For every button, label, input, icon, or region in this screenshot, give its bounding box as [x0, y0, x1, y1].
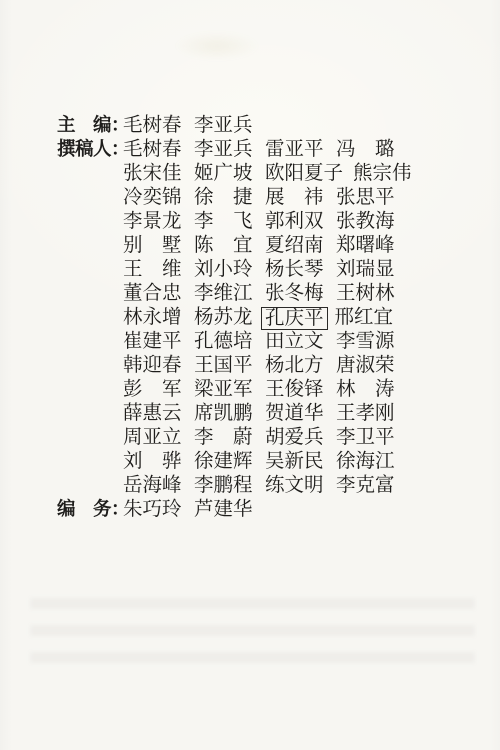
person-name: 冷奕锦: [123, 186, 184, 210]
person-name: 田立文: [265, 330, 326, 354]
person-name: 李亚兵: [194, 114, 255, 138]
person-name: 李 飞: [194, 210, 255, 234]
role-label-editorial-staff: 编 务：: [57, 498, 123, 522]
person-name: 展 祎: [265, 186, 326, 210]
role-label-contributors: 撰稿人：: [57, 138, 123, 162]
person-name: 张教海: [336, 210, 397, 234]
credits-list: 主 编：毛树春李亚兵撰稿人：毛树春李亚兵雷亚平冯 璐张宋佳姬广坡欧阳夏子熊宗伟冷…: [57, 114, 490, 522]
person-name: 王树林: [336, 282, 397, 306]
person-name: 李卫平: [336, 426, 397, 450]
person-name: 李雪源: [336, 330, 397, 354]
person-name: 岳海峰: [123, 474, 184, 498]
editorial-staff-row: 编 务：朱巧玲芦建华: [57, 498, 490, 522]
person-name: 毛树春: [123, 114, 184, 138]
person-name: 练文明: [265, 474, 326, 498]
person-name: 李景龙: [123, 210, 184, 234]
person-name: 徐海江: [336, 450, 397, 474]
contributors-row: 林永增杨苏龙孔庆平邢红宜: [57, 306, 490, 330]
person-name: 唐淑荣: [336, 354, 397, 378]
contributors-row: 韩迎春王国平杨北方唐淑荣: [57, 354, 490, 378]
person-name: 姬广坡: [194, 162, 255, 186]
person-name: 王俊铎: [265, 378, 326, 402]
contributors-row: 崔建平孔德培田立文李雪源: [57, 330, 490, 354]
contributors-row: 撰稿人：毛树春李亚兵雷亚平冯 璐: [57, 138, 490, 162]
person-name: 毛树春: [123, 138, 184, 162]
person-name: 薛惠云: [123, 402, 184, 426]
boxed-person-name: 孔庆平: [261, 307, 328, 330]
person-name: 朱巧玲: [123, 498, 184, 522]
person-name: 胡爱兵: [265, 426, 326, 450]
person-name: 芦建华: [194, 498, 255, 522]
person-name: 李亚兵: [194, 138, 255, 162]
person-name: 李克富: [336, 474, 397, 498]
person-name: 雷亚平: [265, 138, 326, 162]
person-name: 冯 璐: [336, 138, 397, 162]
person-name: 贺道华: [265, 402, 326, 426]
contributors-row: 岳海峰李鹏程练文明李克富: [57, 474, 490, 498]
person-name: 李 蔚: [194, 426, 255, 450]
person-name: 王国平: [194, 354, 255, 378]
person-name: 张思平: [336, 186, 397, 210]
person-name: 杨苏龙: [194, 306, 255, 330]
person-name: 梁亚军: [194, 378, 255, 402]
person-name: 陈 宜: [194, 234, 255, 258]
chief-editor-row: 主 编：毛树春李亚兵: [57, 114, 490, 138]
person-name: 欧阳夏子: [265, 162, 343, 186]
person-name: 杨长琴: [265, 258, 326, 282]
role-label-chief-editor: 主 编：: [57, 114, 123, 138]
person-name: 熊宗伟: [353, 162, 414, 186]
paper-showthrough-top: [30, 28, 475, 88]
person-name: 张冬梅: [265, 282, 326, 306]
contributors-row: 别 墅陈 宜夏绍南郑曙峰: [57, 234, 490, 258]
person-name: 郭利双: [265, 210, 326, 234]
person-name: 郑曙峰: [336, 234, 397, 258]
person-name: 林永增: [123, 306, 184, 330]
person-name: 刘小玲: [194, 258, 255, 282]
contributors-row: 王 维刘小玲杨长琴刘瑞显: [57, 258, 490, 282]
person-name: 夏绍南: [265, 234, 326, 258]
contributors-row: 张宋佳姬广坡欧阳夏子熊宗伟: [57, 162, 490, 186]
book-page: 主 编：毛树春李亚兵撰稿人：毛树春李亚兵雷亚平冯 璐张宋佳姬广坡欧阳夏子熊宗伟冷…: [0, 0, 500, 750]
person-name: 李鹏程: [194, 474, 255, 498]
person-name: 孔德培: [194, 330, 255, 354]
person-name: 李维江: [194, 282, 255, 306]
person-name: 周亚立: [123, 426, 184, 450]
contributors-row: 周亚立李 蔚胡爱兵李卫平: [57, 426, 490, 450]
contributors-row: 刘 骅徐建辉吴新民徐海江: [57, 450, 490, 474]
person-name: 杨北方: [265, 354, 326, 378]
person-name: 徐 捷: [194, 186, 255, 210]
person-name: 林 涛: [336, 378, 397, 402]
contributors-row: 冷奕锦徐 捷展 祎张思平: [57, 186, 490, 210]
person-name: 别 墅: [123, 234, 184, 258]
person-name: 席凯鹏: [194, 402, 255, 426]
person-name: 董合忠: [123, 282, 184, 306]
person-name: 崔建平: [123, 330, 184, 354]
person-name: 张宋佳: [123, 162, 184, 186]
person-name: 刘瑞显: [336, 258, 397, 282]
person-name: 刘 骅: [123, 450, 184, 474]
contributors-row: 薛惠云席凯鹏贺道华王孝刚: [57, 402, 490, 426]
person-name: 邢红宜: [335, 306, 396, 330]
contributors-row: 李景龙李 飞郭利双张教海: [57, 210, 490, 234]
person-name: 吴新民: [265, 450, 326, 474]
contributors-row: 彭 军梁亚军王俊铎林 涛: [57, 378, 490, 402]
person-name: 彭 军: [123, 378, 184, 402]
person-name: 王 维: [123, 258, 184, 282]
person-name: 韩迎春: [123, 354, 184, 378]
person-name: 王孝刚: [336, 402, 397, 426]
person-name: 徐建辉: [194, 450, 255, 474]
paper-showthrough-bottom: [30, 598, 475, 678]
contributors-row: 董合忠李维江张冬梅王树林: [57, 282, 490, 306]
